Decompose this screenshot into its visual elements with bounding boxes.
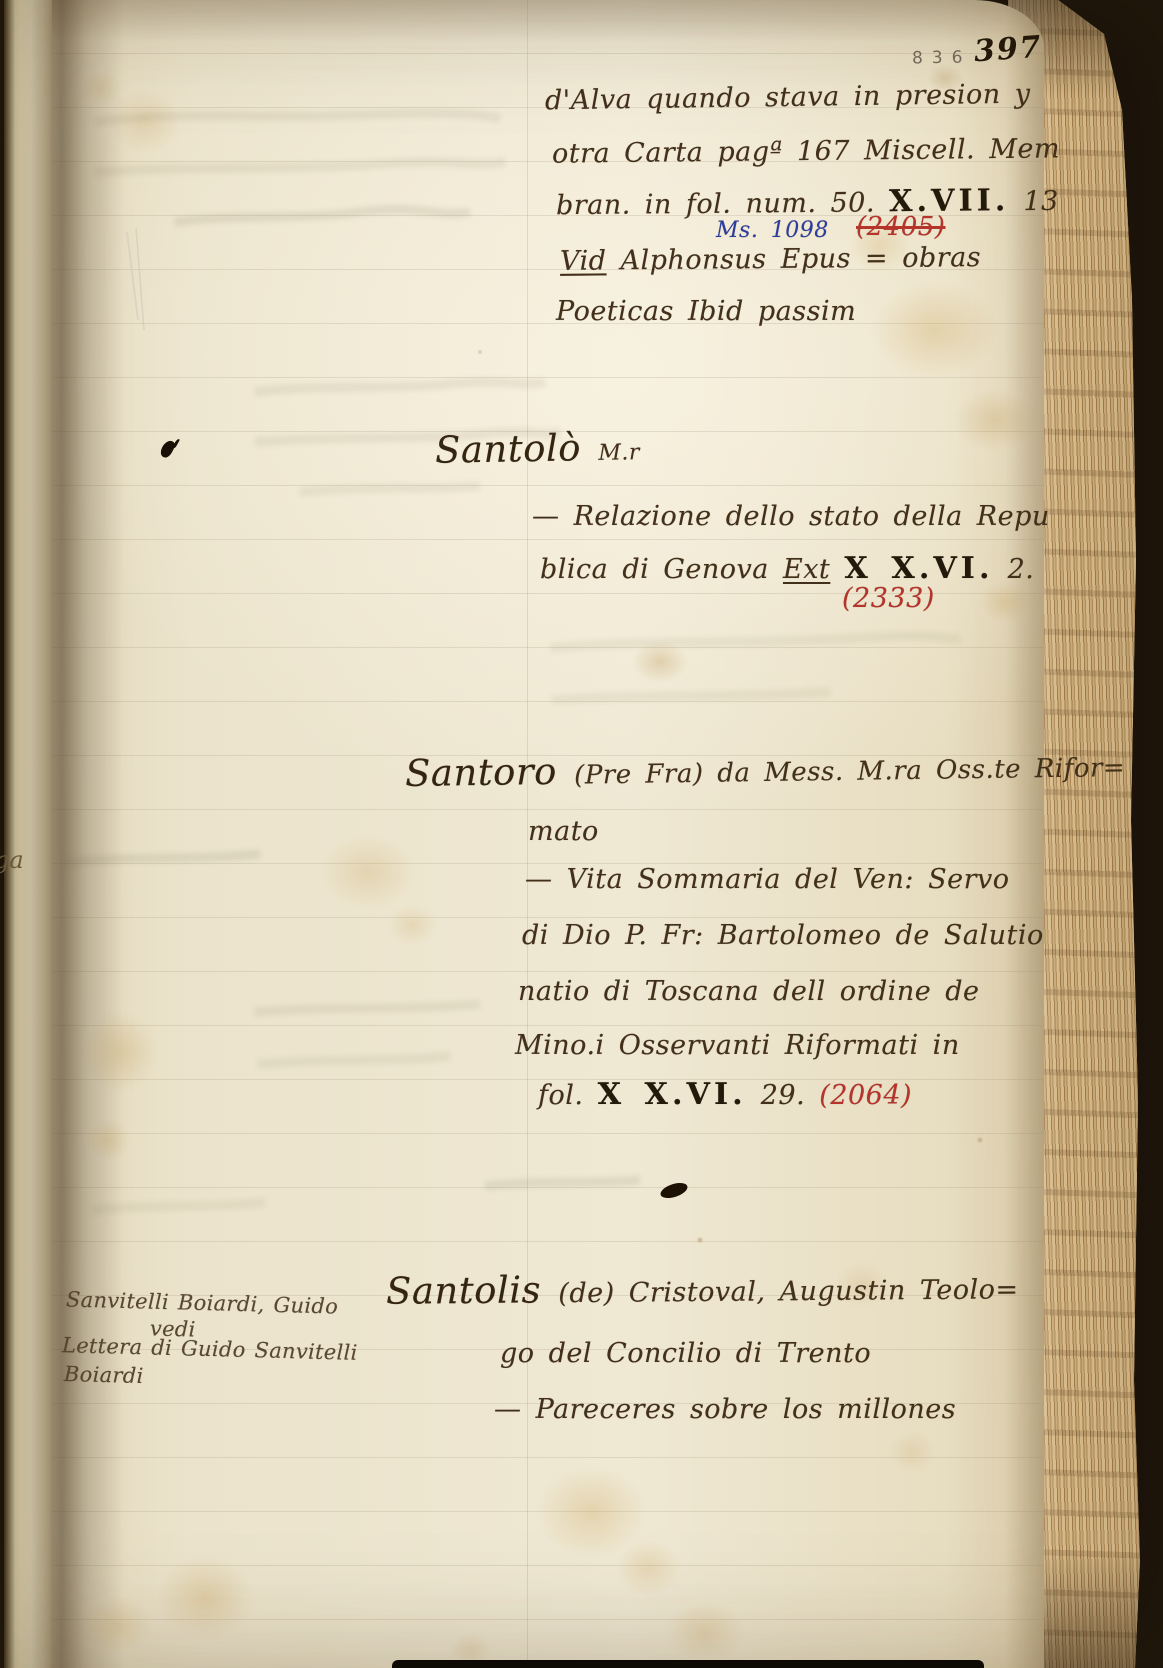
text-segment: Sanvitelli Boiardi, Guido	[66, 1287, 339, 1318]
text-segment: Ms. 1098	[716, 218, 829, 243]
margin-note-line-4: Boiardi	[64, 1359, 144, 1388]
entry-santolis-line-3: — Pareceres sobre los millones	[494, 1396, 956, 1423]
text-segment: Boiardi	[64, 1362, 144, 1388]
text-segment: blica di Genova	[540, 554, 783, 585]
entry-alva-line-1: d'Alva quando stava in presion y	[545, 81, 1031, 115]
text-segment: Vid	[560, 245, 607, 276]
text-segment: bran. in fol. num. 50.	[556, 187, 889, 221]
entry-santolo-reference-number: (2333)	[842, 585, 935, 612]
entry-alva-line-2: otra Carta pagª 167 Miscell. Mem	[552, 135, 1060, 167]
entry-santolo-line-1: — Relazione dello stato della Repu	[532, 503, 1050, 530]
entry-santolis-heading: Santolis (de) Cristoval, Augustin Teolo=	[386, 1267, 1019, 1310]
margin-note-line-1: Sanvitelli Boiardi, Guido	[66, 1284, 339, 1318]
text-segment: (2405)	[856, 212, 945, 242]
entry-santolo-line-2: blica di Genova Ext X X.VI. 2.	[540, 554, 1034, 584]
text-segment: — Vita Sommaria del Ven: Servo	[525, 864, 1010, 895]
text-segment: (Pre Fra) da Mess. M.ra Oss.te Rifor=	[574, 753, 1125, 791]
entry-santoro-line-7: fol. X X.VI. 29. (2064)	[538, 1080, 912, 1110]
entry-santoro-heading: Santoro (Pre Fra) da Mess. M.ra Oss.te R…	[405, 745, 1126, 792]
manuscript-scan-page: d'Alva quando stava in presion yotra Car…	[0, 0, 1163, 1668]
text-segment: Santoro	[405, 750, 575, 795]
text-segment: 2.	[993, 554, 1034, 585]
text-segment: go del Concilio di Trento	[500, 1338, 871, 1369]
entry-santoro-line-2: mato	[528, 818, 599, 845]
facing-page-text-fragment: ga	[0, 846, 24, 874]
text-segment: fol.	[538, 1080, 598, 1111]
text-segment: 29.	[747, 1080, 820, 1111]
text-segment: natio di Toscana dell ordine de	[518, 976, 980, 1007]
entry-alva-line-4: Vid Alphonsus Epus = obras	[560, 244, 981, 275]
text-segment: d'Alva quando stava in presion y	[545, 79, 1031, 117]
text-segment: Mino.i Osservanti Riformati in	[515, 1030, 960, 1061]
entry-alva-line-5: Poeticas Ibid passim	[556, 298, 856, 325]
text-segment: X X.VI.	[844, 551, 993, 586]
text-segment: Alphonsus Epus = obras	[606, 242, 981, 276]
archive-stamp-number: 836	[912, 47, 972, 68]
text-segment	[830, 554, 844, 585]
handwritten-text-layer: d'Alva quando stava in presion yotra Car…	[0, 0, 1163, 1668]
text-segment: 13	[1009, 186, 1059, 217]
text-segment: (de) Cristoval, Augustin Teolo=	[558, 1274, 1019, 1309]
text-segment: (2333)	[842, 583, 935, 614]
text-segment: — Relazione dello stato della Repu	[532, 501, 1050, 532]
entry-santoro-line-6: Mino.i Osservanti Riformati in	[515, 1032, 960, 1059]
folio-page-number: 397	[973, 30, 1044, 70]
text-segment: Santolis	[386, 1268, 559, 1313]
text-segment: Santolò	[435, 426, 599, 472]
text-segment: otra Carta pagª 167 Miscell. Mem	[552, 133, 1060, 169]
entry-santolo-heading: Santolò M.r	[435, 428, 640, 469]
text-segment: Ext	[783, 554, 830, 585]
text-segment: M.r	[598, 440, 640, 466]
entry-alva-line-3: bran. in fol. num. 50. X.VII. 13	[556, 186, 1059, 221]
text-segment: di Dio P. Fr: Bartolomeo de Salutio	[522, 920, 1044, 951]
entry-santoro-line-5: natio di Toscana dell ordine de	[518, 978, 980, 1005]
entry-santoro-line-4: di Dio P. Fr: Bartolomeo de Salutio	[522, 922, 1044, 949]
entry-santolis-line-2: go del Concilio di Trento	[500, 1340, 871, 1367]
text-segment: Poeticas Ibid passim	[556, 296, 856, 327]
entry-santoro-line-3: — Vita Sommaria del Ven: Servo	[525, 866, 1010, 893]
text-segment: X X.VI.	[598, 1077, 747, 1112]
ms-annotation: Ms. 1098	[716, 220, 829, 242]
text-segment: mato	[528, 816, 599, 847]
scan-edge-bar	[392, 1660, 984, 1668]
text-segment: — Pareceres sobre los millones	[494, 1394, 956, 1425]
cancelled-reference-number: (2405)	[856, 214, 945, 240]
text-segment: (2064)	[819, 1080, 912, 1111]
